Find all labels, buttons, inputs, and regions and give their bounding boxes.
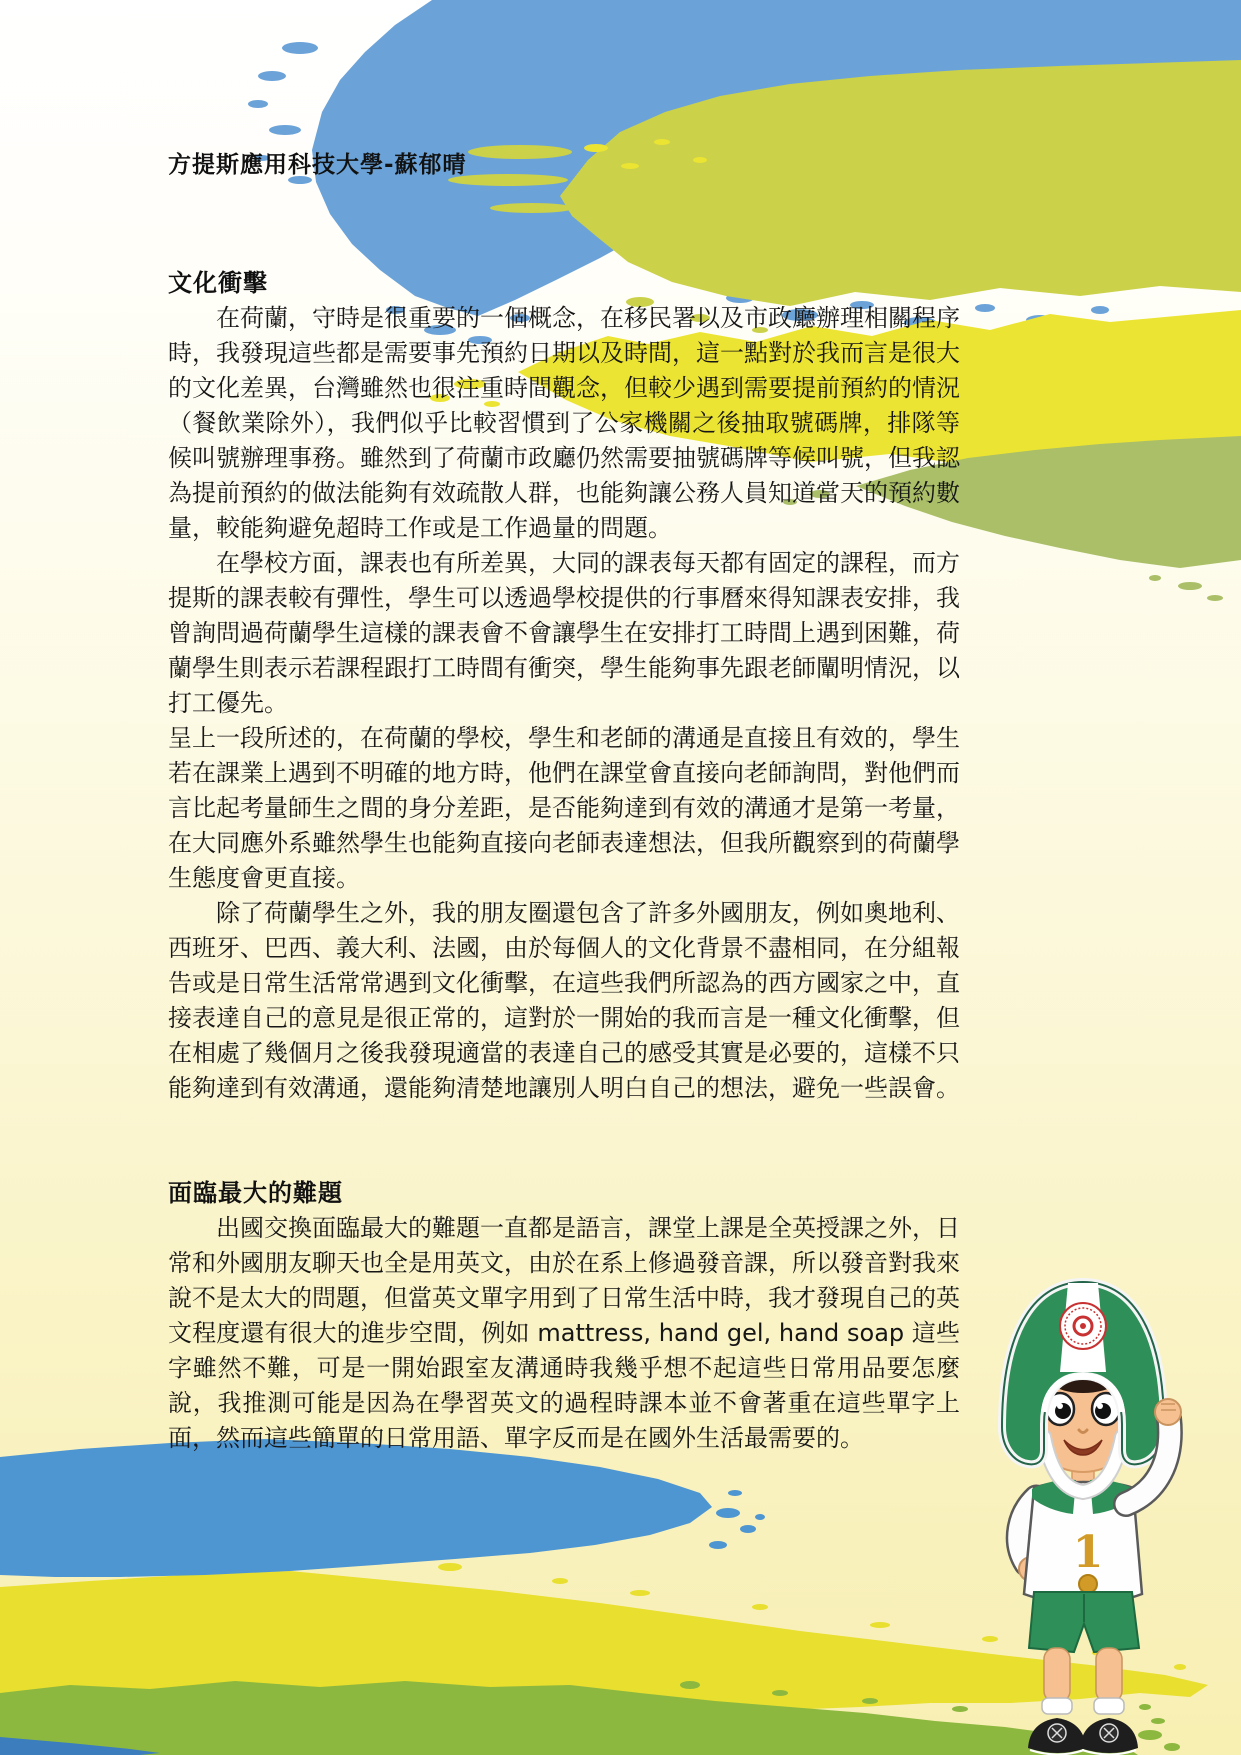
mascot-medal-number: 1 — [1073, 1527, 1104, 1578]
section-heading-biggest-challenge: 面臨最大的難題 — [168, 1176, 960, 1211]
page-title: 方提斯應用科技大學-蘇郁晴 — [168, 146, 467, 179]
mascot-shorts — [1029, 1592, 1139, 1652]
document-body: 文化衝擊 在荷蘭，守時是很重要的一個概念，在移民署以及市政廳辦理相關程序時，我發… — [168, 266, 960, 1456]
mascot-helmet-logo — [1060, 1303, 1106, 1349]
university-mascot-illustration: 1 — [976, 1262, 1191, 1755]
paragraph-timetable: 在學校方面，課表也有所差異，大同的課表每天都有固定的課程，而方提斯的課表較有彈性… — [168, 546, 960, 721]
mascot-right-leg — [1096, 1648, 1122, 1702]
mascot-shoes — [1028, 1718, 1138, 1755]
document-page: 方提斯應用科技大學-蘇郁晴 文化衝擊 在荷蘭，守時是很重要的一個概念，在移民署以… — [0, 0, 1241, 1755]
bottom-blue-sliver — [0, 1737, 160, 1755]
paragraph-communication: 呈上一段所述的，在荷蘭的學校，學生和老師的溝通是直接且有效的，學生若在課業上遇到… — [168, 721, 960, 896]
mascot-right-sock — [1094, 1698, 1124, 1714]
paragraph-language: 出國交換面臨最大的難題一直都是語言，課堂上課是全英授課之外，日常和外國朋友聊天也… — [168, 1211, 960, 1456]
paragraph-foreign-friends: 除了荷蘭學生之外，我的朋友圈還包含了許多外國朋友，例如奧地利、西班牙、巴西、義大… — [168, 896, 960, 1106]
paragraph-punctuality: 在荷蘭，守時是很重要的一個概念，在移民署以及市政廳辦理相關程序時，我發現這些都是… — [168, 301, 960, 546]
mascot-left-leg — [1044, 1648, 1070, 1702]
mascot-left-sock — [1042, 1698, 1072, 1714]
bottom-blue-stroke — [0, 1439, 765, 1577]
mascot-head — [1002, 1282, 1181, 1504]
section-heading-culture-shock: 文化衝擊 — [168, 266, 960, 301]
